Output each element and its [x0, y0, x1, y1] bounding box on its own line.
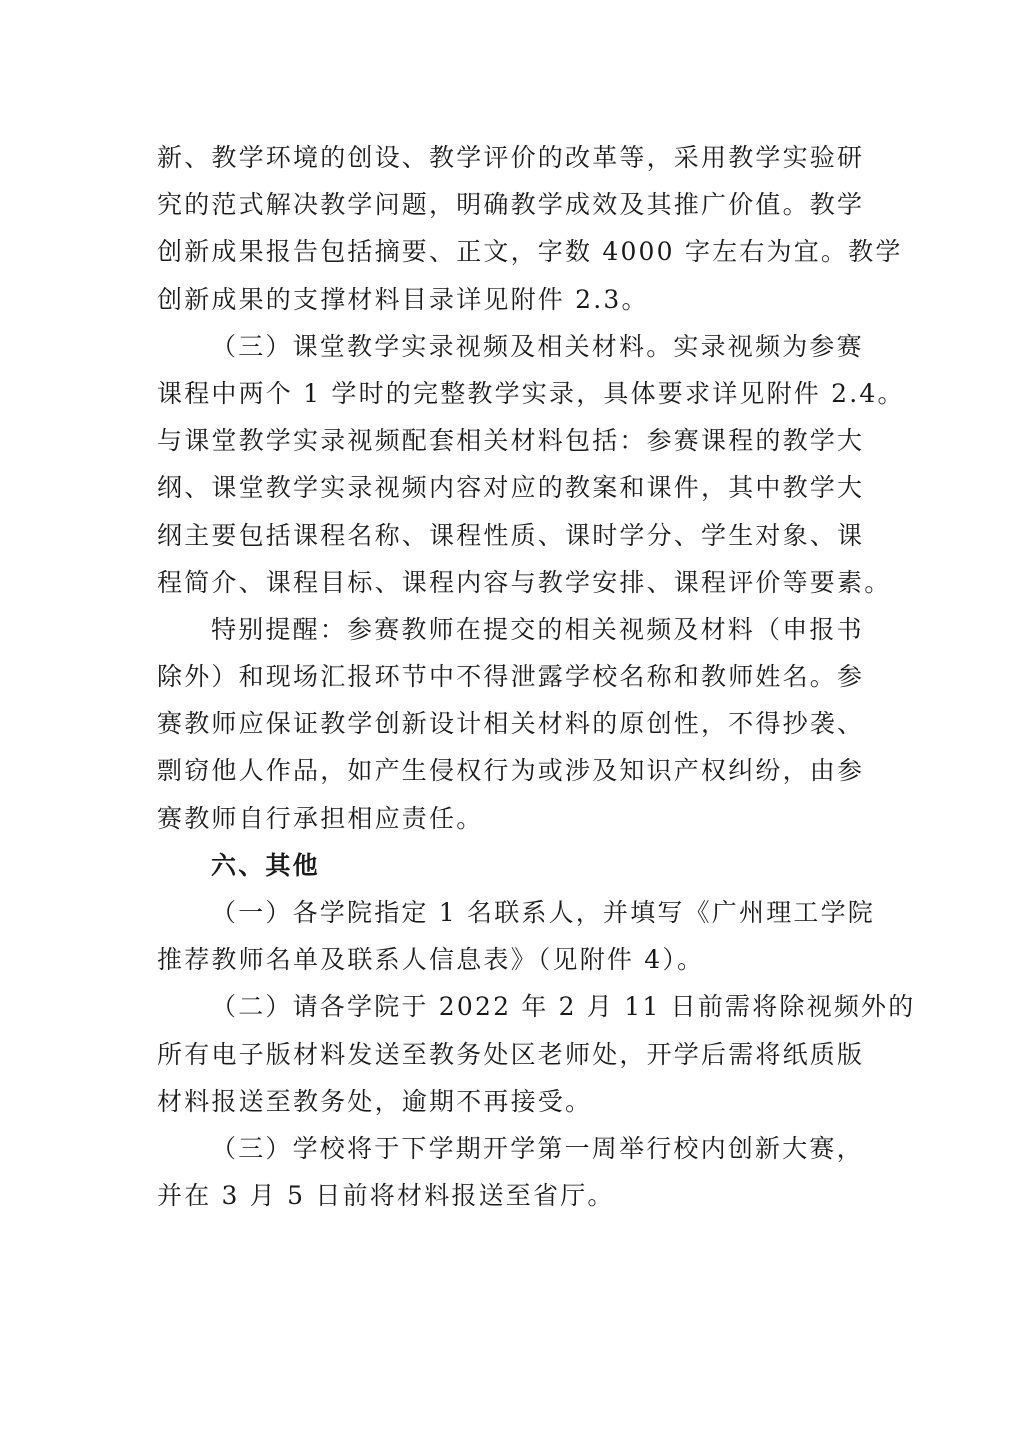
text-line: 材料报送至教务处，逾期不再接受。 — [157, 1078, 869, 1125]
text-line: （三）学校将于下学期开学第一周举行校内创新大赛， — [157, 1125, 869, 1172]
document-page: 新、教学环境的创设、教学评价的改革等，采用教学实验研 究的范式解决教学问题，明确… — [0, 0, 1024, 1448]
paragraph-other-item-1: （一）各学院指定 1 名联系人，并填写《广州理工学院 推荐教师名单及联系人信息表… — [157, 889, 869, 983]
text-line: 推荐教师名单及联系人信息表》（见附件 4）。 — [157, 936, 869, 983]
text-line: 赛教师自行承担相应责任。 — [157, 795, 869, 842]
text-line: 剽窃他人作品，如产生侵权行为或涉及知识产权纠纷，由参 — [157, 747, 869, 794]
text-line: （三）课堂教学实录视频及相关材料。实录视频为参赛 — [157, 323, 869, 370]
section-heading-other: 六、其他 — [157, 842, 869, 889]
text-line: 新、教学环境的创设、教学评价的改革等，采用教学实验研 — [157, 134, 869, 181]
paragraph-other-item-3: （三）学校将于下学期开学第一周举行校内创新大赛， 并在 3 月 5 日前将材料报… — [157, 1125, 869, 1219]
text-line: 纲、课堂教学实录视频内容对应的教案和课件，其中教学大 — [157, 464, 869, 511]
text-line: （二）请各学院于 2022 年 2 月 11 日前需将除视频外的 — [157, 983, 869, 1030]
text-line: 究的范式解决教学问题，明确教学成效及其推广价值。教学 — [157, 181, 869, 228]
text-line: 特别提醒：参赛教师在提交的相关视频及材料（申报书 — [157, 606, 869, 653]
paragraph-special-reminder: 特别提醒：参赛教师在提交的相关视频及材料（申报书 除外）和现场汇报环节中不得泄露… — [157, 606, 869, 842]
text-line: 纲主要包括课程名称、课程性质、课时学分、学生对象、课 — [157, 512, 869, 559]
text-line: 创新成果的支撑材料目录详见附件 2.3。 — [157, 276, 869, 323]
text-line: 并在 3 月 5 日前将材料报送至省厅。 — [157, 1172, 869, 1219]
section-title: 六、其他 — [157, 842, 869, 889]
paragraph-innovation-report: 新、教学环境的创设、教学评价的改革等，采用教学实验研 究的范式解决教学问题，明确… — [157, 134, 869, 323]
paragraph-other-item-2: （二）请各学院于 2022 年 2 月 11 日前需将除视频外的 所有电子版材料… — [157, 983, 869, 1125]
text-line: （一）各学院指定 1 名联系人，并填写《广州理工学院 — [157, 889, 869, 936]
text-line: 与课堂教学实录视频配套相关材料包括：参赛课程的教学大 — [157, 417, 869, 464]
text-line: 创新成果报告包括摘要、正文，字数 4000 字左右为宜。教学 — [157, 228, 869, 275]
text-line: 所有电子版材料发送至教务处区老师处，开学后需将纸质版 — [157, 1031, 869, 1078]
text-line: 除外）和现场汇报环节中不得泄露学校名称和教师姓名。参 — [157, 653, 869, 700]
paragraph-classroom-video: （三）课堂教学实录视频及相关材料。实录视频为参赛 课程中两个 1 学时的完整教学… — [157, 323, 869, 606]
text-line: 程简介、课程目标、课程内容与教学安排、课程评价等要素。 — [157, 559, 869, 606]
document-body: 新、教学环境的创设、教学评价的改革等，采用教学实验研 究的范式解决教学问题，明确… — [157, 134, 869, 1219]
text-line: 赛教师应保证教学创新设计相关材料的原创性，不得抄袭、 — [157, 700, 869, 747]
text-line: 课程中两个 1 学时的完整教学实录，具体要求详见附件 2.4。 — [157, 370, 869, 417]
